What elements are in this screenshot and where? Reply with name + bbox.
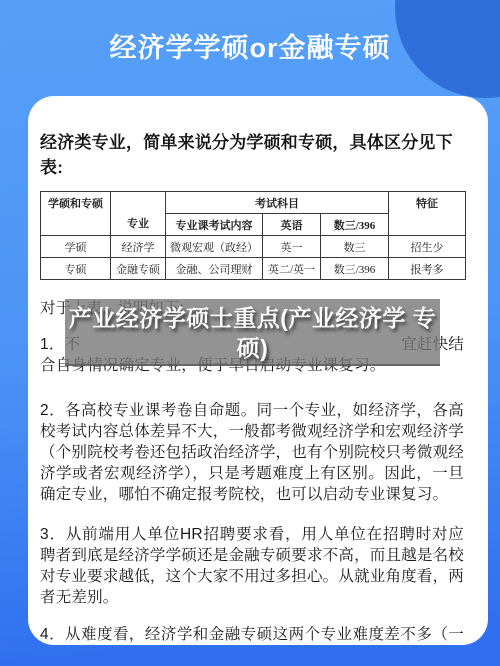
note-item-3: 3．从前端用人单位HR招聘要求看，用人单位在招聘时对应聘者到底是经济学学硕还是金… [40,524,464,608]
cell-content: 金融、公司理财 [166,258,263,280]
article-card: 经济类专业，简单来说分为学硕和专硕，具体区分见下表: 学硕和专硕 专业 考试科目… [28,96,488,645]
header-english: 英语 [263,214,321,236]
cell-content: 微观宏观（政经） [166,236,263,258]
cell-math: 数三 [321,236,389,258]
comparison-table: 学硕和专硕 专业 考试科目 特征 专业课考试内容 英语 数三/396 学硕 经济… [40,191,466,280]
header-math: 数三/396 [321,214,389,236]
header-type: 学硕和专硕 [41,192,111,236]
cell-math: 数三/396 [321,258,389,280]
header-feature: 特征 [389,192,466,236]
cell-english: 英二/英一 [263,258,321,280]
cell-feature: 招生少 [389,236,466,258]
header-major: 专业 [111,192,166,236]
note-item-4: 4．从难度看，经济学和金融专硕这两个专业难度差不多（一个招生人数少，一个报考人数… [40,624,464,645]
cell-type: 学硕 [41,236,111,258]
cell-feature: 报考多 [389,258,466,280]
watermark-overlay: 产业经济学硕士重点(产业经济学 专硕) [65,299,440,366]
cell-major: 金融专硕 [111,258,166,280]
cell-english: 英一 [263,236,321,258]
table-header-row-1: 学硕和专硕 专业 考试科目 特征 [41,192,466,214]
header-exam-group: 考试科目 [166,192,389,214]
page-title: 经济学学硕or金融专硕 [0,26,500,65]
watermark-title: 产业经济学硕士重点(产业经济学 专硕) [65,303,440,363]
note-item-2: 2．各高校专业课考卷自命题。同一个专业，如经济学，各高校考试内容总体差异不大，一… [40,400,464,505]
header-exam-content: 专业课考试内容 [166,214,263,236]
cell-major: 经济学 [111,236,166,258]
article-page: 经济学学硕or金融专硕 经济类专业，简单来说分为学硕和专硕，具体区分见下表: 学… [0,0,500,666]
table-row: 专硕 金融专硕 金融、公司理财 英二/英一 数三/396 报考多 [41,258,466,280]
table-row: 学硕 经济学 微观宏观（政经） 英一 数三 招生少 [41,236,466,258]
section-heading: 经济类专业，简单来说分为学硕和专硕，具体区分见下表: [40,128,464,178]
cell-type: 专硕 [41,258,111,280]
